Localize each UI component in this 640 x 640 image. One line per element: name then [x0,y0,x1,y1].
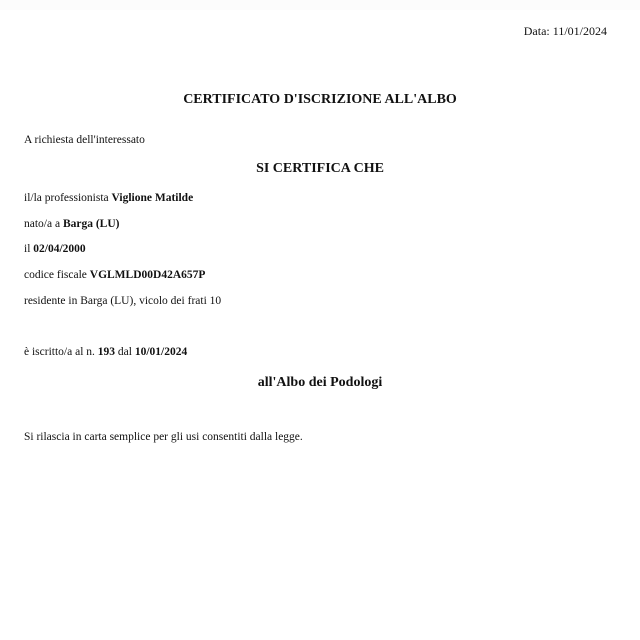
tax-code-label: codice fiscale [24,269,87,281]
birthplace: Barga (LU) [63,218,120,230]
top-band [0,0,640,10]
registration-number: 193 [98,346,115,358]
residence-line: residente in Barga (LU), vicolo dei frat… [24,295,221,307]
footer-note: Si rilascia in carta semplice per gli us… [24,431,303,443]
intro-text: A richiesta dell'interessato [24,134,145,146]
professional-name-line: il/la professionista Viglione Matilde [24,192,193,204]
registration-since-label: dal [118,346,132,358]
document-date: Data: 11/01/2024 [524,24,607,39]
registration-line: è iscritto/a al n. 193 dal 10/01/2024 [24,346,187,358]
professional-name-label: il/la professionista [24,192,109,204]
date-label: Data: [524,24,550,38]
registration-date: 10/01/2024 [135,346,187,358]
register-name: all'Albo dei Podologi [0,375,640,391]
professional-name: Viglione Matilde [112,192,194,204]
birthdate-line: il 02/04/2000 [24,243,86,255]
birthplace-label: nato/a a [24,218,60,230]
tax-code-line: codice fiscale VGLMLD00D42A657P [24,269,205,281]
birthdate-label: il [24,243,30,255]
tax-code: VGLMLD00D42A657P [90,269,206,281]
certifies-heading: SI CERTIFICA CHE [0,161,640,177]
date-value: 11/01/2024 [553,24,607,38]
birthplace-line: nato/a a Barga (LU) [24,218,120,230]
birthdate: 02/04/2000 [33,243,85,255]
registration-prefix: è iscritto/a al n. [24,346,95,358]
document-title: CERTIFICATO D'ISCRIZIONE ALL'ALBO [0,92,640,108]
